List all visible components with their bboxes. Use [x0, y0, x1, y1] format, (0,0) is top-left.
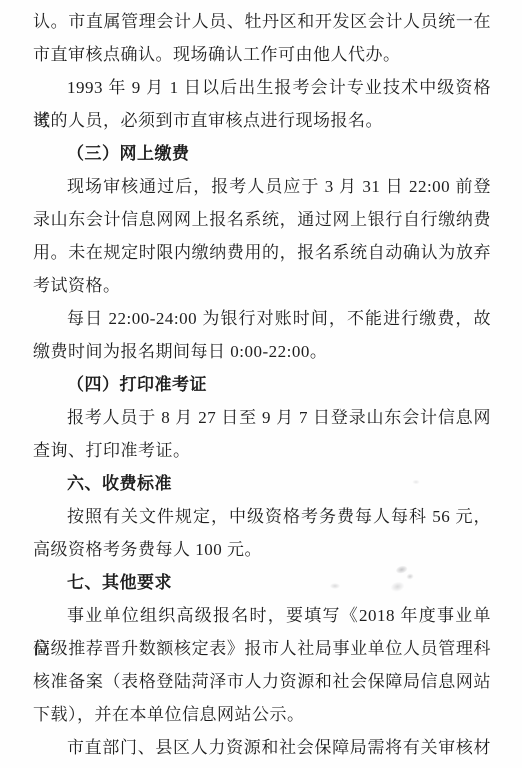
text-line: 高级资格考务费每人 100 元。: [33, 533, 491, 566]
document-body: 认。市直属管理会计人员、牡丹区和开发区会计人员统一在市直审核点确认。现场确认工作…: [33, 5, 491, 764]
text-line: 市直部门、县区人力资源和社会保障局需将有关审核材: [33, 731, 491, 764]
text-line: 市直审核点确认。现场确认工作可由他人代办。: [33, 38, 491, 71]
text-line: 报考人员于 8 月 27 日至 9 月 7 日登录山东会计信息网: [33, 401, 491, 434]
text-line: 高级推荐晋升数额核定表》报市人社局事业单位人员管理科: [33, 632, 491, 665]
text-line: （四）打印准考证: [33, 368, 491, 401]
text-line: 现场审核通过后，报考人员应于 3 月 31 日 22:00 前登: [33, 170, 491, 203]
text-line: 下载），并在本单位信息网站公示。: [33, 698, 491, 731]
text-line: 1993 年 9 月 1 日以后出生报考会计专业技术中级资格考: [33, 71, 491, 104]
text-line: 事业单位组织高级报名时，要填写《2018 年度事业单位: [33, 599, 491, 632]
text-line: 录山东会计信息网网上报名系统，通过网上银行自行缴纳费: [33, 203, 491, 236]
text-line: 缴费时间为报名期间每日 0:00-22:00。: [33, 335, 491, 368]
text-line: 试的人员，必须到市直审核点进行现场报名。: [33, 104, 491, 137]
text-line: 考试资格。: [33, 269, 491, 302]
text-line: 按照有关文件规定，中级资格考务费每人每科 56 元，: [33, 500, 491, 533]
scanned-document-page: 认。市直属管理会计人员、牡丹区和开发区会计人员统一在市直审核点确认。现场确认工作…: [0, 0, 522, 768]
text-line: 七、其他要求: [33, 566, 491, 599]
text-line: 查询、打印准考证。: [33, 434, 491, 467]
text-line: （三）网上缴费: [33, 137, 491, 170]
text-line: 六、收费标准: [33, 467, 491, 500]
text-line: 每日 22:00-24:00 为银行对账时间，不能进行缴费，故: [33, 302, 491, 335]
text-line: 核准备案（表格登陆菏泽市人力资源和社会保障局信息网站: [33, 665, 491, 698]
text-line: 认。市直属管理会计人员、牡丹区和开发区会计人员统一在: [33, 5, 491, 38]
text-line: 用。未在规定时限内缴纳费用的，报名系统自动确认为放弃: [33, 236, 491, 269]
